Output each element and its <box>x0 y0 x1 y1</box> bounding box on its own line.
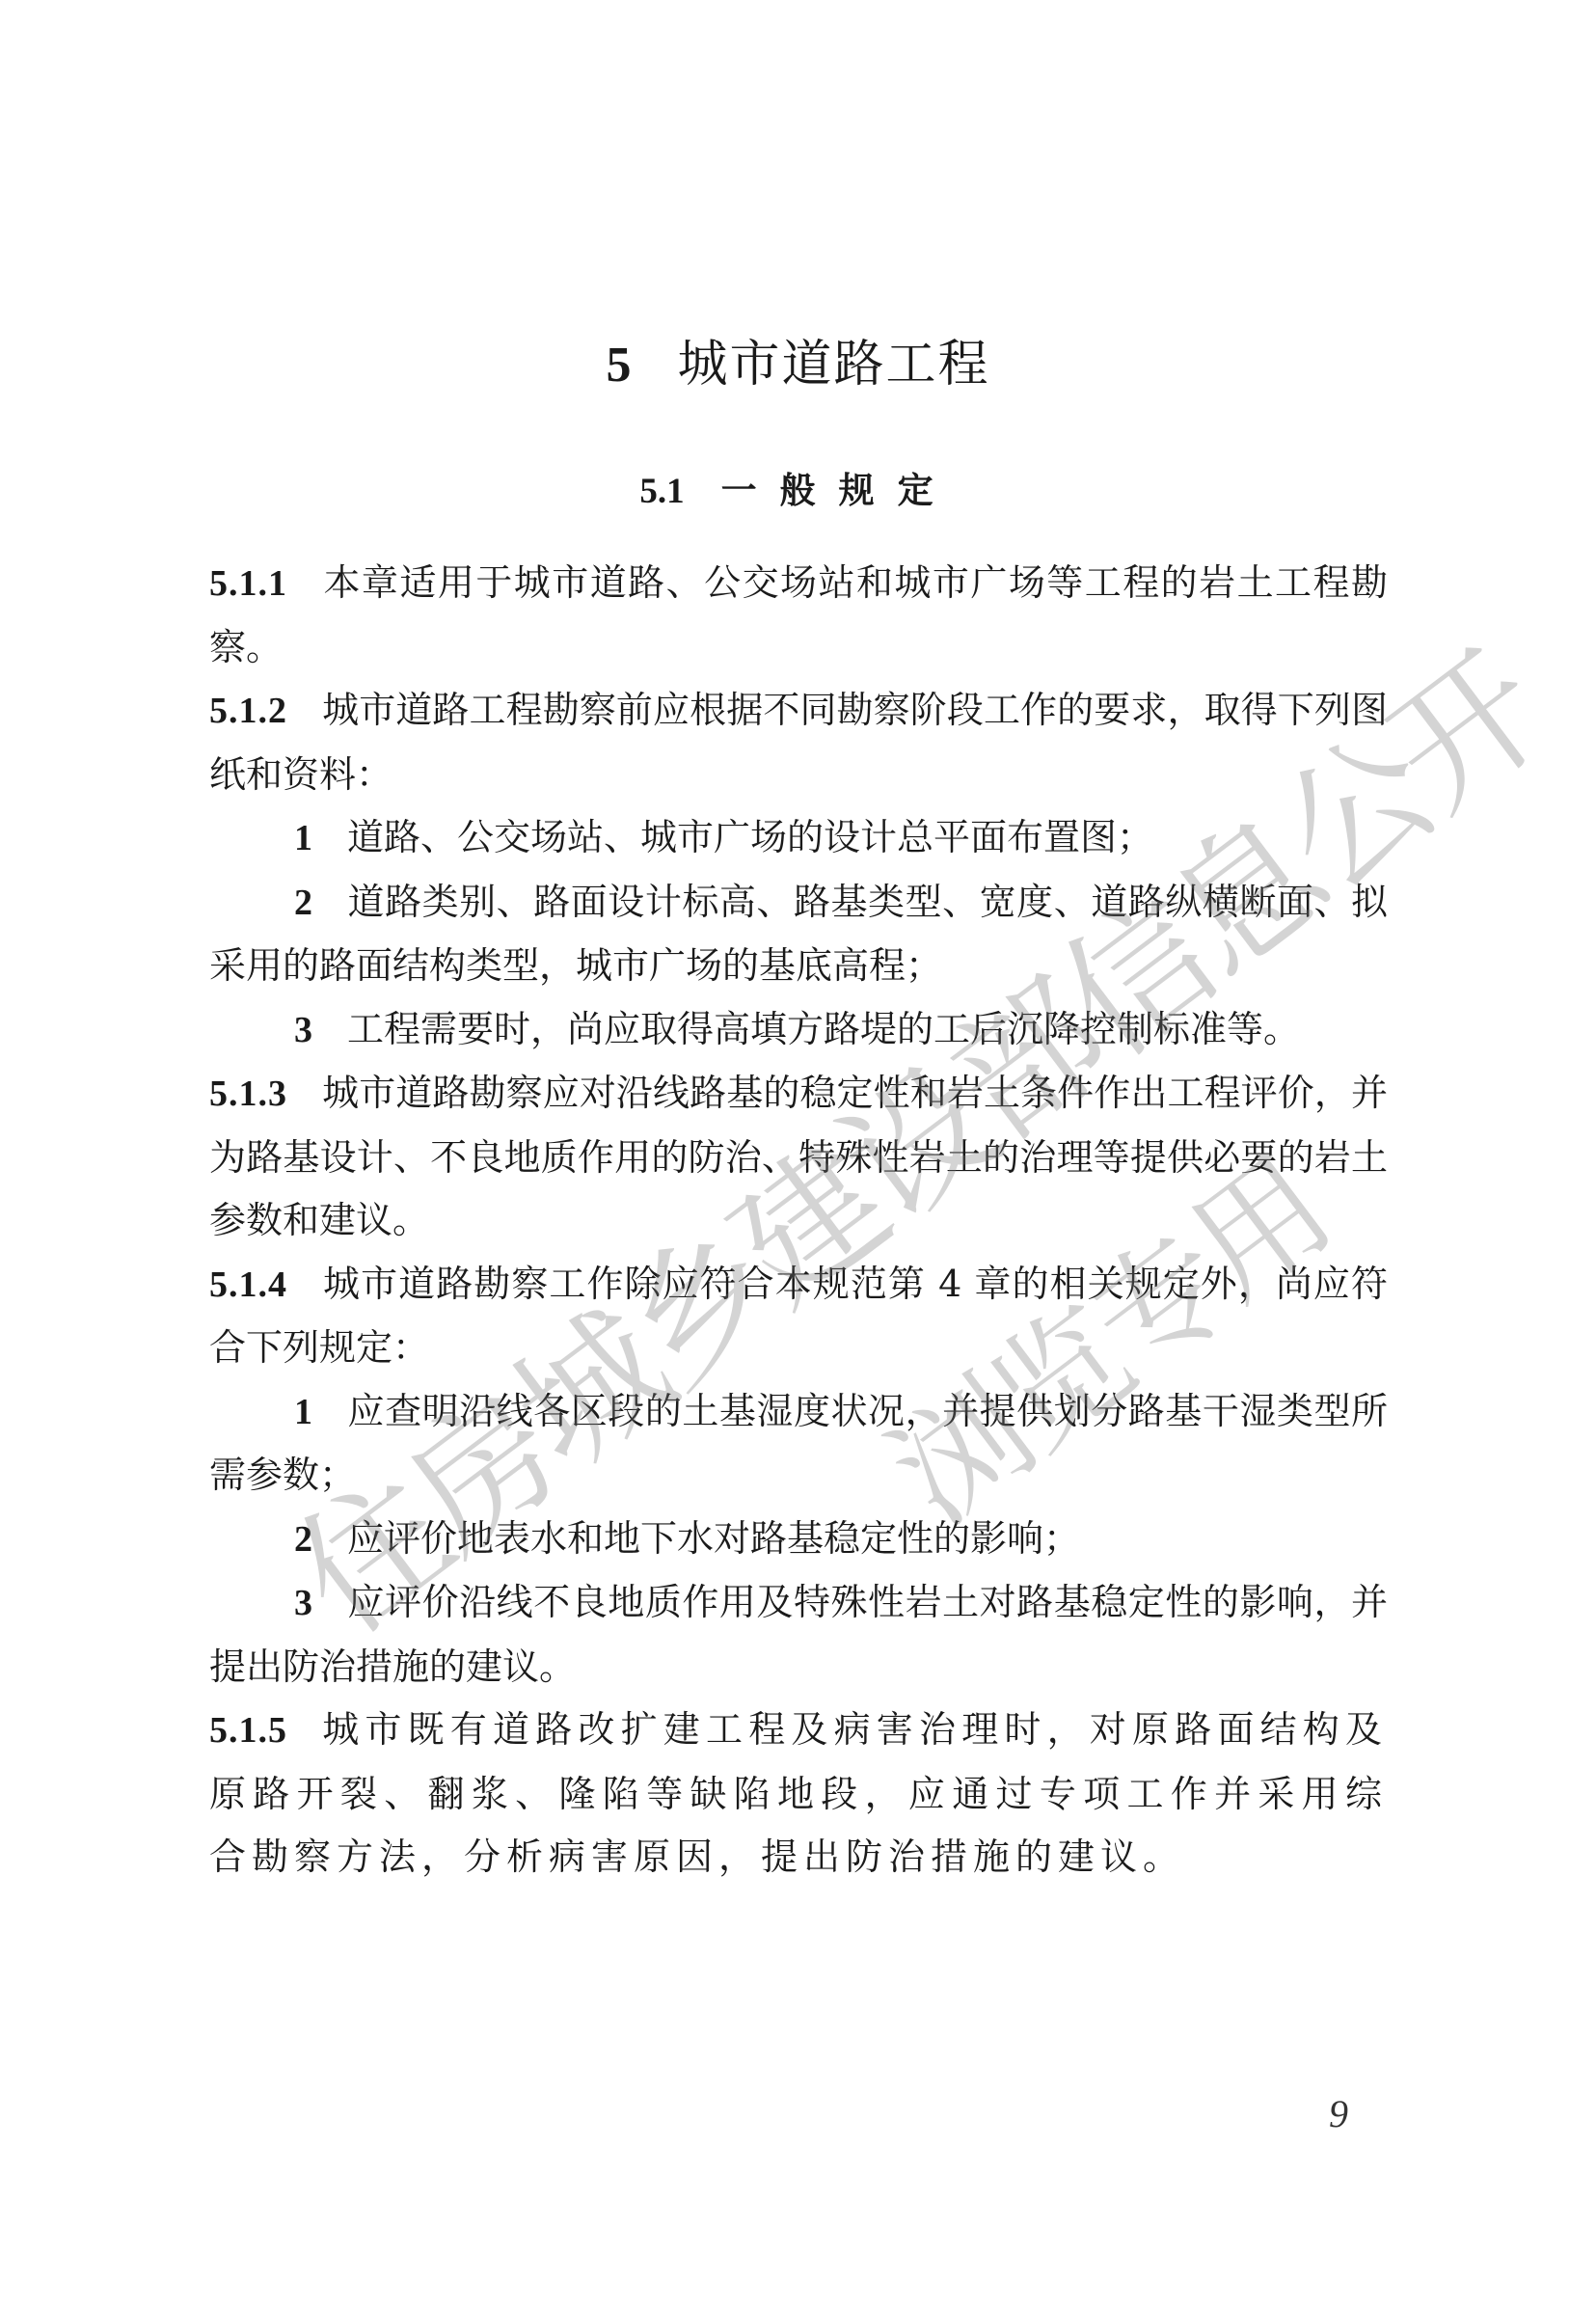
clause-text: 城市道路勘察应对沿线路基的稳定性和岩土条件作出工程评价，并为路基设计、不良地质作… <box>209 1072 1388 1241</box>
clause-text: 城市道路工程勘察前应根据不同勘察阶段工作的要求，取得下列图纸和资料： <box>209 689 1388 796</box>
clause-5-1-3: 5.1.3城市道路勘察应对沿线路基的稳定性和岩土条件作出工程评价，并为路基设计、… <box>209 1062 1388 1253</box>
section-title-text: 一般规定 <box>721 469 957 511</box>
item-text: 工程需要时，尚应取得高填方路堤的工后沉降控制标准等。 <box>347 1008 1300 1050</box>
clause-number: 5.1.3 <box>209 1074 287 1114</box>
item-number: 1 <box>294 1381 312 1445</box>
body-text: 5.1.1本章适用于城市道路、公交场站和城市广场等工程的岩土工程勘察。 5.1.… <box>209 552 1388 1890</box>
list-item: 3应评价沿线不良地质作用及特殊性岩土对路基稳定性的影响，并提出防治措施的建议。 <box>209 1571 1388 1699</box>
clause-text: 本章适用于城市道路、公交场站和城市广场等工程的岩土工程勘察。 <box>209 561 1388 668</box>
item-number: 3 <box>294 999 312 1063</box>
item-text: 应查明沿线各区段的土基湿度状况，并提供划分路基干湿类型所需参数； <box>209 1390 1388 1497</box>
list-item: 2应评价地表水和地下水对路基稳定性的影响； <box>209 1508 1388 1572</box>
clause-text: 城市道路勘察工作除应符合本规范第 4 章的相关规定外，尚应符合下列规定： <box>209 1263 1388 1370</box>
list-item: 3工程需要时，尚应取得高填方路堤的工后沉降控制标准等。 <box>209 998 1388 1063</box>
clause-number: 5.1.1 <box>209 563 287 604</box>
clause-5-1-5: 5.1.5城市既有道路改扩建工程及病害治理时，对原路面结构及原路开裂、翻浆、隆陷… <box>209 1699 1388 1890</box>
clause-number: 5.1.2 <box>209 691 287 731</box>
list-item: 1应查明沿线各区段的土基湿度状况，并提供划分路基干湿类型所需参数； <box>209 1380 1388 1508</box>
clause-5-1-4: 5.1.4城市道路勘察工作除应符合本规范第 4 章的相关规定外，尚应符合下列规定… <box>209 1253 1388 1380</box>
section-number: 5.1 <box>639 472 684 511</box>
item-number: 2 <box>294 872 312 936</box>
item-number: 2 <box>294 1509 312 1572</box>
document-page: 5城市道路工程 5.1一般规定 5.1.1本章适用于城市道路、公交场站和城市广场… <box>0 0 1596 2311</box>
item-number: 1 <box>294 807 312 871</box>
clause-number: 5.1.4 <box>209 1264 287 1305</box>
clause-5-1-1: 5.1.1本章适用于城市道路、公交场站和城市广场等工程的岩土工程勘察。 <box>209 552 1388 679</box>
page-number: 9 <box>1329 2091 1348 2136</box>
item-text: 应评价地表水和地下水对路基稳定性的影响； <box>347 1517 1080 1560</box>
item-text: 道路类别、路面设计标高、路基类型、宽度、道路纵横断面、拟采用的路面结构类型，城市… <box>209 881 1388 988</box>
clause-5-1-2: 5.1.2城市道路工程勘察前应根据不同勘察阶段工作的要求，取得下列图纸和资料： <box>209 679 1388 806</box>
chapter-number: 5 <box>606 338 633 393</box>
clause-text: 城市既有道路改扩建工程及病害治理时，对原路面结构及原路开裂、翻浆、隆陷等缺陷地段… <box>209 1708 1388 1878</box>
clause-number: 5.1.5 <box>209 1710 287 1751</box>
item-number: 3 <box>294 1572 312 1636</box>
item-text: 道路、公交场站、城市广场的设计总平面布置图； <box>347 816 1153 858</box>
chapter-title-text: 城市道路工程 <box>677 336 989 394</box>
list-item: 1道路、公交场站、城市广场的设计总平面布置图； <box>209 806 1388 871</box>
chapter-title: 5城市道路工程 <box>0 323 1596 395</box>
item-text: 应评价沿线不良地质作用及特殊性岩土对路基稳定性的影响，并提出防治措施的建议。 <box>209 1581 1388 1688</box>
section-title: 5.1一般规定 <box>0 461 1596 513</box>
list-item: 2道路类别、路面设计标高、路基类型、宽度、道路纵横断面、拟采用的路面结构类型，城… <box>209 871 1388 998</box>
